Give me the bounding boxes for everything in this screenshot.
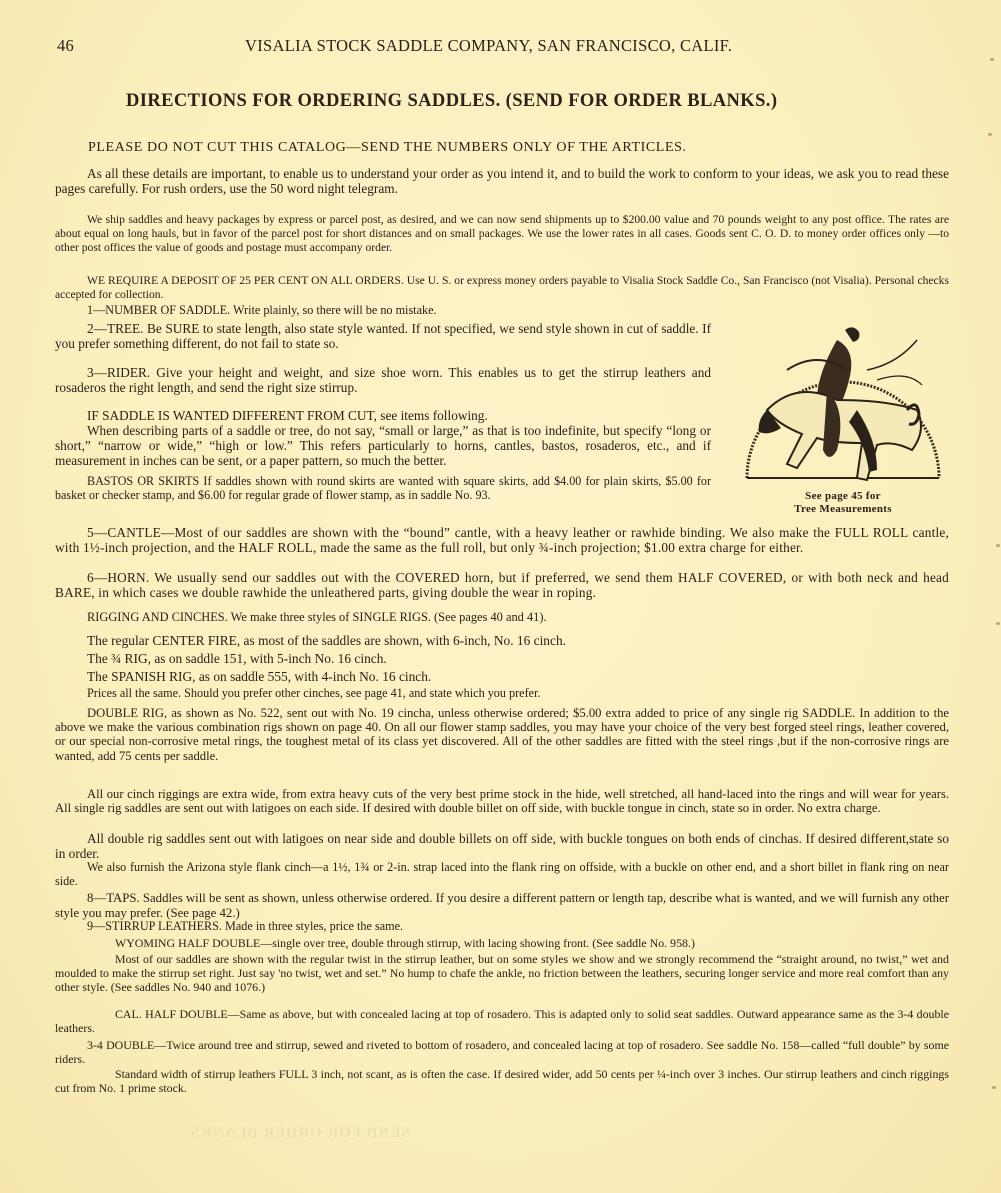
item-9-stirrup-leathers: 9—STIRRUP LEATHERS. Made in three styles… [55, 919, 949, 933]
bastos-or-skirts: BASTOS OR SKIRTS If saddles shown with r… [55, 474, 711, 502]
paper-speck [996, 544, 1000, 547]
page-title: DIRECTIONS FOR ORDERING SADDLES. (SEND F… [126, 91, 777, 112]
paper-speck [990, 58, 994, 61]
shipping-paragraph: We ship saddles and heavy packages by ex… [55, 213, 949, 255]
cinch-riggings-paragraph: All our cinch riggings are extra wide, f… [55, 787, 949, 815]
caption-line-1: See page 45 for [727, 490, 959, 503]
running-title: VISALIA STOCK SADDLE COMPANY, SAN FRANCI… [245, 36, 732, 56]
paper-speck [988, 133, 992, 136]
catalog-page: 46 VISALIA STOCK SADDLE COMPANY, SAN FRA… [0, 0, 1001, 1193]
tree-measurement-figure: See page 45 for Tree Measurements [727, 300, 959, 522]
bucking-horse-rider-icon [727, 300, 959, 522]
item-8-taps: 8—TAPS. Saddles will be sent as shown, u… [55, 891, 949, 920]
three-four-double: 3-4 DOUBLE—Twice around tree and stirrup… [55, 1039, 949, 1067]
deposit-paragraph: WE REQUIRE A DEPOSIT OF 25 PER CENT ON A… [55, 274, 949, 302]
prices-same: Prices all the same. Should you prefer o… [55, 686, 949, 700]
item-3-rider: 3—RIDER. Give your height and weight, an… [55, 365, 711, 395]
item-5-cantle: 5—CANTLE—Most of our saddles are shown w… [55, 525, 949, 555]
cal-half-double: CAL. HALF DOUBLE—Same as above, but with… [55, 1008, 949, 1036]
wyoming-half-double: WYOMING HALF DOUBLE—single over tree, do… [55, 936, 949, 950]
describing-parts: When describing parts of a saddle or tre… [55, 423, 711, 468]
rig-three-quarter: The ¾ RIG, as on saddle 151, with 5-inch… [55, 651, 949, 666]
catalog-notice: PLEASE DO NOT CUT THIS CATALOG—SEND THE … [88, 140, 687, 156]
paper-speck [996, 622, 1000, 625]
standard-width-paragraph: Standard width of stirrup leathers FULL … [55, 1068, 949, 1096]
different-from-cut: IF SADDLE IS WANTED DIFFERENT FROM CUT, … [55, 408, 711, 423]
rig-spanish: The SPANISH RIG, as on saddle 555, with … [55, 669, 949, 684]
paper-speck [992, 1086, 996, 1089]
item-2-tree: 2—TREE. Be SURE to state length, also st… [55, 321, 711, 351]
item-6-horn: 6—HORN. We usually send our saddles out … [55, 570, 949, 600]
double-rig-paragraph: DOUBLE RIG, as shown as No. 522, sent ou… [55, 706, 949, 763]
page-number: 46 [57, 36, 74, 56]
bleed-through-text: SEND FOR ORDER BLANKS [190, 1125, 410, 1142]
caption-line-2: Tree Measurements [727, 503, 959, 516]
intro-paragraph: As all these details are important, to e… [55, 166, 949, 196]
stirrup-twist-paragraph: Most of our saddles are shown with the r… [55, 953, 949, 994]
double-rig-saddles-paragraph: All double rig saddles sent out with lat… [55, 831, 949, 861]
arizona-flank-cinch: We also furnish the Arizona style flank … [55, 860, 949, 888]
rig-center-fire: The regular CENTER FIRE, as most of the … [55, 633, 949, 648]
figure-caption: See page 45 for Tree Measurements [727, 490, 959, 515]
item-1-number-of-saddle: 1—NUMBER OF SADDLE. Write plainly, so th… [55, 303, 711, 318]
rigging-and-cinches: RIGGING AND CINCHES. We make three style… [55, 610, 949, 624]
